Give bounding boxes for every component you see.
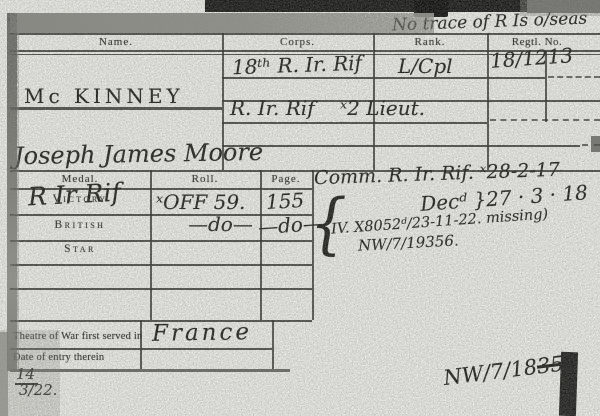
rule-footer-divider	[140, 320, 142, 369]
medal-table-header-page: Page.	[260, 173, 312, 185]
handwriting-file-ref-mid: NW/7/19356.	[358, 231, 459, 254]
rule-row3	[222, 122, 487, 124]
medal-index-card-scan: Name. Corps. Rank. Regtl. No. No trace o…	[0, 0, 600, 416]
column-header-rank: Rank.	[373, 36, 487, 48]
handwriting-forenames: Joseph James Moore	[14, 138, 263, 170]
handwriting-corps-1: 18ᵗʰ R. Ir. Rif	[232, 51, 363, 80]
rule-medal-2	[10, 240, 312, 242]
handwriting-file-ref-bottom: NW/7/18356	[442, 350, 578, 390]
rule-row4-dash	[582, 144, 600, 146]
handwriting-file-ref-bottom-struck: 356	[536, 350, 579, 379]
scan-left-torn-edge	[7, 13, 17, 371]
rule-medal-3	[10, 264, 312, 266]
handwriting-regtl-no-1: 18/1213	[489, 43, 574, 73]
rule-col-roll-page	[260, 170, 262, 320]
theatre-of-war-label: Theatre of War first served in	[13, 331, 142, 342]
rule-medal-4	[10, 288, 312, 290]
handwriting-file-ref-bottom-prefix: NW/7/18	[442, 355, 538, 390]
handwriting-surname: Mc KINNEY	[24, 84, 184, 108]
rule-footer-right	[272, 320, 274, 369]
scan-top-black-bar	[205, 0, 527, 12]
rule-row1-dash	[548, 76, 600, 78]
handwriting-british-roll: —do—	[188, 212, 253, 236]
handwriting-date-note-bottom: 3/22.	[19, 381, 57, 399]
handwriting-corps-2: R. Ir. Rif	[230, 96, 315, 120]
medal-row-british-label: British	[10, 219, 150, 231]
handwriting-theatre-value: France	[152, 319, 252, 347]
scan-bottom-left-speckle	[0, 332, 8, 416]
column-header-name: Name.	[10, 36, 222, 48]
handwriting-victory-page: 155	[265, 188, 304, 214]
handwriting-date-note: 14 3/22.	[15, 367, 57, 399]
scan-dark-band	[10, 13, 434, 33]
medal-table-header-roll: Roll.	[150, 173, 260, 185]
handwriting-victory-roll: ˣOFF 59.	[156, 190, 245, 214]
date-of-entry-label: Date of entry therein	[13, 352, 104, 363]
handwriting-victory-overwrite: R Ir Rif	[27, 178, 121, 212]
rule-col-medal-roll	[150, 170, 152, 320]
handwriting-rank-2: ˣ2 Lieut.	[340, 96, 425, 120]
rule-row4	[222, 145, 580, 147]
rule-card-top	[10, 33, 600, 35]
column-header-corps: Corps.	[222, 36, 373, 48]
handwriting-rank-1: L/Cpl	[398, 54, 453, 78]
medal-row-star-label: Star	[10, 243, 150, 255]
